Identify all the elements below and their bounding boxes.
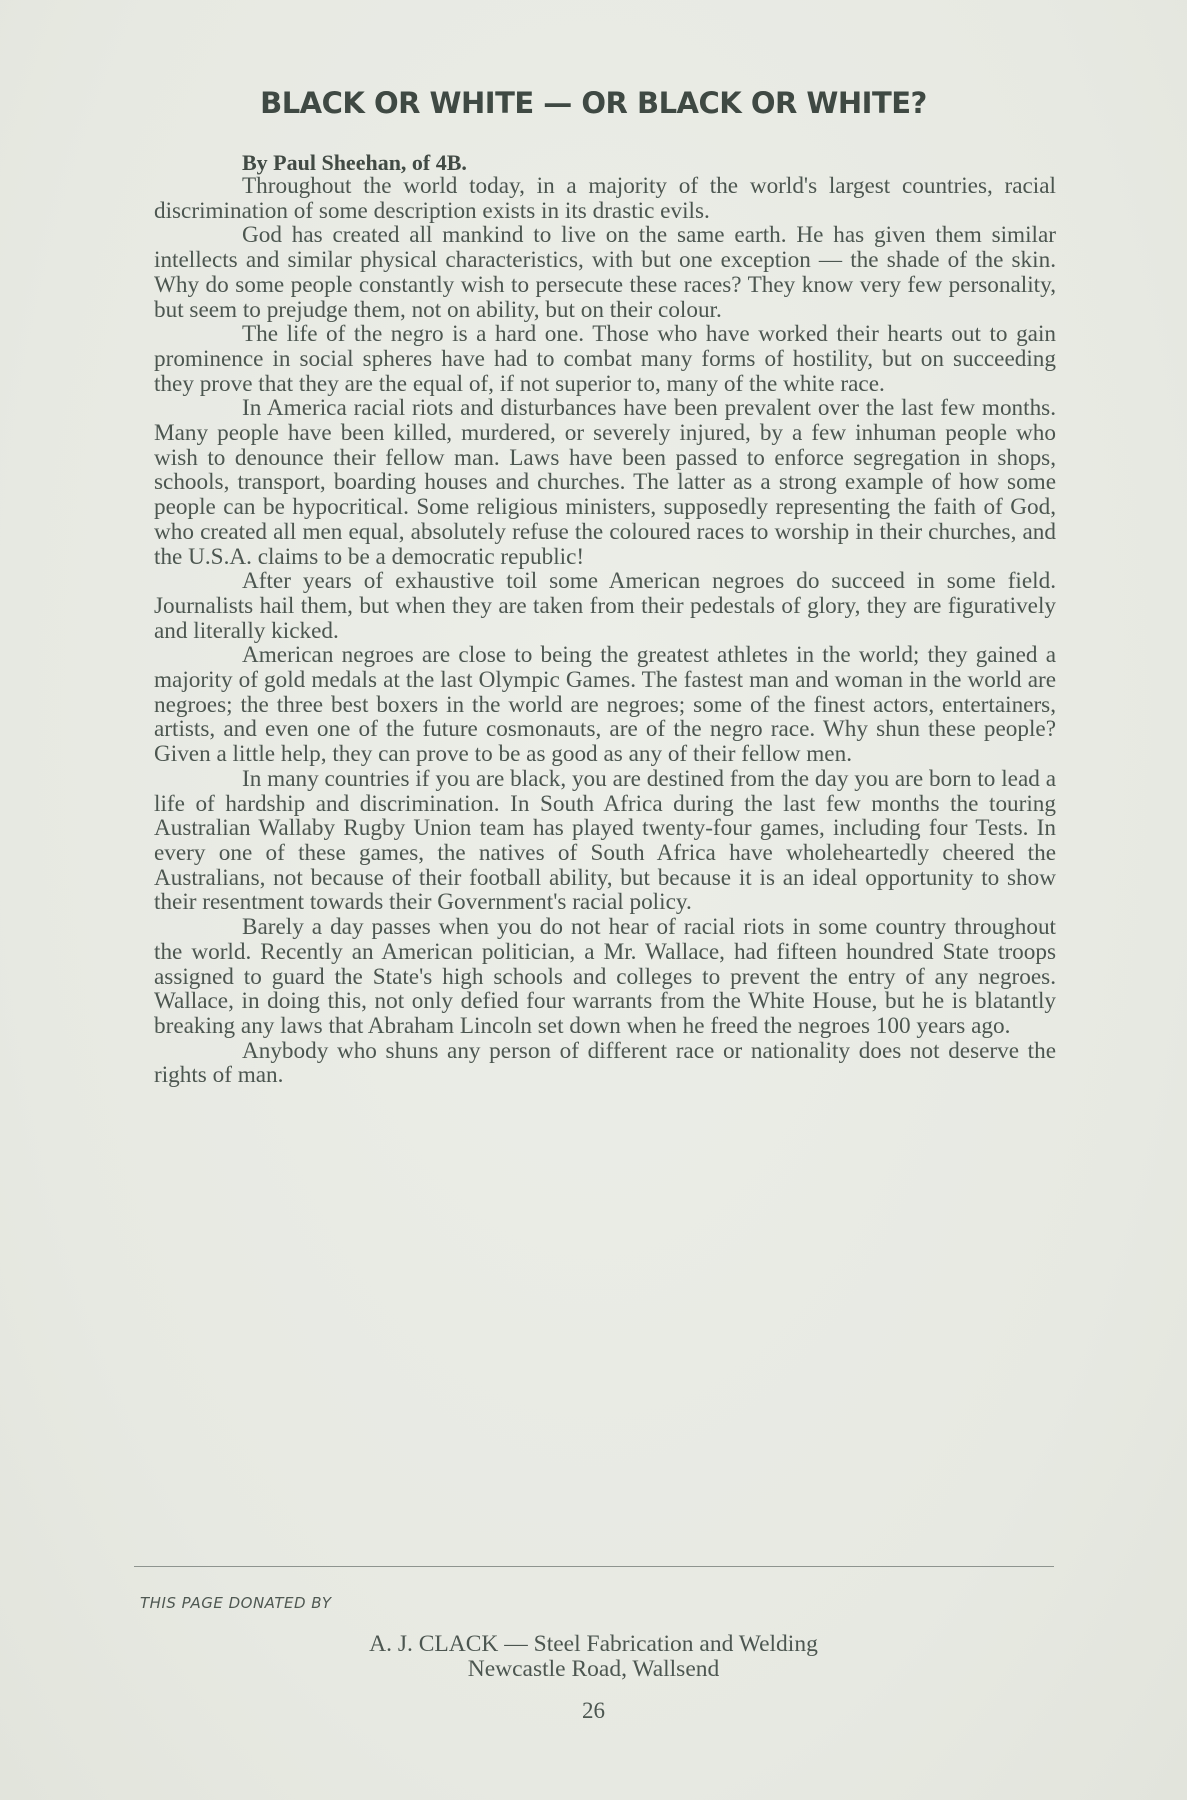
paragraph-7: In many countries if you are black, you … — [154, 767, 1056, 915]
article-byline: By Paul Sheehan, of 4B. — [154, 152, 1056, 174]
paragraph-2: God has created all mankind to live on t… — [154, 223, 1056, 322]
paragraph-5: After years of exhaustive toil some Amer… — [154, 569, 1056, 643]
donated-label: THIS PAGE DONATED BY — [140, 1594, 331, 1612]
paragraph-6: American negroes are close to being the … — [154, 643, 1056, 767]
paragraph-9: Anybody who shuns any person of differen… — [154, 1039, 1056, 1088]
sponsor-name-line: A. J. CLACK — Steel Fabrication and Weld… — [0, 1632, 1187, 1657]
article-body: By Paul Sheehan, of 4B. Throughout the w… — [154, 152, 1056, 1088]
article-title: BLACK OR WHITE — OR BLACK OR WHITE? — [0, 86, 1187, 120]
page-number: 26 — [0, 1698, 1187, 1724]
paragraph-1: Throughout the world today, in a majorit… — [154, 174, 1056, 223]
paragraph-3: The life of the negro is a hard one. Tho… — [154, 322, 1056, 396]
footer-divider — [134, 1566, 1054, 1567]
paragraph-8: Barely a day passes when you do not hear… — [154, 915, 1056, 1039]
sponsor-address-line: Newcastle Road, Wallsend — [0, 1657, 1187, 1682]
paragraph-4: In America racial riots and disturbances… — [154, 396, 1056, 569]
sponsor-block: A. J. CLACK — Steel Fabrication and Weld… — [0, 1632, 1187, 1682]
document-page: BLACK OR WHITE — OR BLACK OR WHITE? By P… — [0, 0, 1187, 1800]
